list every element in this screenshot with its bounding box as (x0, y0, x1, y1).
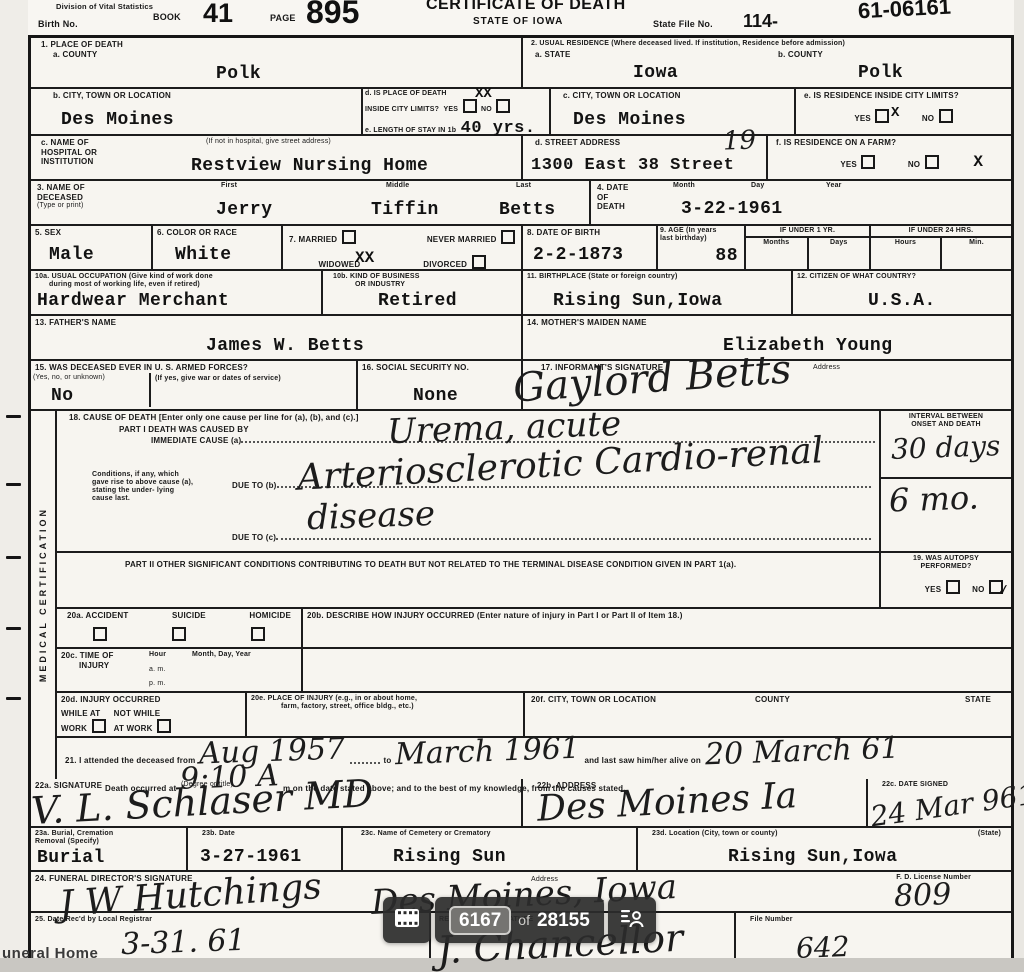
cemetery-label: 23c. Name of Cemetery or Crematory (347, 830, 632, 838)
pager-current-input[interactable]: 6167 (449, 906, 511, 935)
race-value: White (175, 246, 232, 264)
sex-label: 5. SEX (35, 228, 147, 238)
business-label-1: 10b. KIND OF BUSINESS (327, 273, 517, 281)
scan-bottom-edge (0, 958, 1024, 972)
injury-desc-label: 20b. DESCRIBE HOW INJURY OCCURRED (Enter… (307, 611, 1007, 621)
death-day-label: Day (751, 182, 764, 190)
birth-date-label: 8. DATE OF BIRTH (527, 228, 652, 238)
field-place-of-death: 1. PLACE OF DEATH a. COUNTY Polk (31, 38, 523, 87)
field-business: 10b. KIND OF BUSINESS OR INDUSTRY Retire… (323, 271, 523, 314)
injury-pm-label: p. m. (149, 680, 166, 688)
pager-total: 28155 (537, 911, 590, 930)
row-parents: 13. FATHER'S NAME James W. Betts 14. MOT… (31, 316, 1011, 361)
conditions-note: Conditions, if any, which gave rise to a… (92, 471, 197, 503)
field-race: 6. COLOR OR RACE White (153, 226, 283, 269)
book-number: 41 (203, 0, 233, 27)
film-strip-icon (394, 908, 420, 933)
attended-to-label: to (384, 756, 392, 766)
viewer-stage: Division of Vital Statistics Birth No. B… (0, 0, 1024, 972)
occupation-label-2: during most of working life, even if ret… (35, 281, 317, 289)
page-label: PAGE (270, 13, 296, 24)
death-month-label: Month (673, 182, 695, 190)
attended-pre-label: 21. I attended the deceased from (65, 756, 195, 766)
residence-label: 2. USUAL RESIDENCE (Where deceased lived… (527, 40, 1007, 48)
field-armed-forces: 15. WAS DECEASED EVER IN U. S. ARMED FOR… (31, 361, 358, 409)
burial-type-label-2: Removal (Specify) (35, 838, 182, 846)
mother-value: Elizabeth Young (723, 337, 893, 355)
margin-tick (6, 697, 21, 700)
row-attended: 21. I attended the deceased from Aug 195… (57, 738, 1011, 779)
field-cemetery: 23c. Name of Cemetery or Crematory Risin… (343, 828, 638, 870)
father-label: 13. FATHER'S NAME (35, 318, 517, 328)
birthplace-label: 11. BIRTHPLACE (State or foreign country… (527, 273, 787, 281)
farm-yes-label: YES (840, 160, 857, 169)
armed-forces-note-2: (If yes, give war or dates of service) (151, 373, 356, 407)
field-father: 13. FATHER'S NAME James W. Betts (31, 316, 523, 359)
degree-title-label: (Degree or title) (181, 781, 233, 789)
deceased-label-2: DECEASED (37, 193, 85, 203)
suicide-checkbox (172, 627, 186, 641)
deceased-label-3: (Type or print) (37, 202, 85, 210)
burial-date-value: 3-27-1961 (200, 848, 302, 866)
never-married-checkbox (501, 230, 515, 244)
interval-divider (881, 477, 1011, 479)
fd-license-value: 809 (893, 881, 951, 910)
physician-sig-label: 22a. SIGNATURE (35, 781, 102, 791)
row-forces-ssn-informant: 15. WAS DECEASED EVER IN U. S. ARMED FOR… (31, 361, 1011, 411)
field-attended: 21. I attended the deceased from Aug 195… (57, 738, 1011, 779)
autopsy-no-mark: ✓ (997, 582, 1010, 601)
due-to-b-label: DUE TO (b) (232, 481, 277, 491)
ssn-value: None (413, 387, 458, 405)
interval-a-value: 30 days (891, 433, 1001, 462)
residence-limits-no-label: NO (922, 114, 934, 123)
residence-limits-yes-label: YES (854, 114, 871, 123)
widowed-mark: XX (355, 250, 374, 266)
injury-city-label: 20f. CITY, TOWN OR LOCATION (531, 695, 656, 705)
field-birth-date: 8. DATE OF BIRTH 2-2-1873 (523, 226, 658, 269)
field-marital-status: 7. MARRIED NEVER MARRIED WIDOWED XX DIVO… (283, 226, 523, 269)
last-name-value: Betts (499, 201, 556, 219)
injury-am-label: a. m. (149, 666, 166, 674)
field-burial-type: 23a. Burial, Cremation Removal (Specify)… (31, 828, 188, 870)
field-birthplace: 11. BIRTHPLACE (State or foreign country… (523, 271, 793, 314)
place-city-value: Des Moines (61, 111, 174, 129)
cause-b-value-2: disease (307, 499, 436, 534)
autopsy-yes-checkbox (946, 580, 960, 594)
while-at-work-label-2: WORK (61, 724, 87, 733)
limits-yes-label: YES (444, 106, 459, 113)
file-number-label: File Number (750, 916, 793, 924)
injury-state-label: STATE (965, 695, 991, 705)
attended-to-value: March 1961 (395, 735, 581, 768)
row-injury-time: 20c. TIME OF INJURY Hour Month, Day, Yea… (57, 649, 1011, 693)
informant-address-label: Address (813, 364, 840, 372)
state-file-number: 114- (743, 12, 778, 30)
birth-date-value: 2-2-1873 (533, 246, 623, 264)
fd-license-label: F. D. License Number (896, 874, 971, 882)
not-at-work-label-1: NOT WHILE (114, 709, 171, 719)
cause-a-line (241, 441, 875, 443)
residence-city-value: Des Moines (573, 111, 686, 129)
limits-label-2: INSIDE CITY LIMITS? (365, 106, 439, 113)
field-injury-description: 20b. DESCRIBE HOW INJURY OCCURRED (Enter… (303, 609, 1011, 647)
field-residence-limits: e. IS RESIDENCE INSIDE CITY LIMITS? YES … (796, 89, 1011, 134)
field-burial-date: 23b. Date 3-27-1961 (188, 828, 343, 870)
autopsy-no-label: NO (972, 585, 984, 594)
armed-forces-value: No (51, 387, 74, 405)
due-to-c-label: DUE TO (c) (232, 533, 276, 543)
field-death-date: 4. DATE OF DEATH Month Day Year 3-22-196… (591, 181, 1011, 224)
residence-state-value: Iowa (633, 64, 678, 82)
row-name-deathdate: 3. NAME OF DECEASED (Type or print) Firs… (31, 181, 1011, 226)
attended-alive-value: 20 March 61 (705, 735, 900, 769)
injury-time-label-1: 20c. TIME OF (61, 651, 114, 661)
medical-certification-section: MEDICAL CERTIFICATION 18. CAUSE OF DEATH… (31, 411, 1011, 779)
residence-state-label: a. STATE (535, 50, 571, 60)
death-year-label: Year (826, 182, 842, 190)
citizen-value: U.S.A. (868, 292, 936, 310)
county-value: Polk (216, 65, 261, 83)
stay-label: e. LENGTH OF STAY IN 1b (365, 127, 456, 134)
row-occupation: 10a. USUAL OCCUPATION (Give kind of work… (31, 271, 1011, 316)
pager-of-label: of (518, 912, 530, 928)
row-physician: 22a. SIGNATURE (Degree or title) V. L. S… (31, 779, 1011, 828)
field-injury-time: 20c. TIME OF INJURY Hour Month, Day, Yea… (57, 649, 303, 691)
injury-mdy-label: Month, Day, Year (192, 651, 251, 659)
cause-label: 18. CAUSE OF DEATH [Enter only one cause… (61, 413, 875, 423)
street-label: d. STREET ADDRESS (527, 138, 762, 148)
limits-no-checkbox (496, 99, 510, 113)
accident-checkbox (93, 627, 107, 641)
field-street-address: d. STREET ADDRESS 19 1300 East 38 Street (523, 136, 768, 179)
sex-value: Male (49, 246, 94, 264)
field-mother: 14. MOTHER'S MAIDEN NAME Elizabeth Young (523, 316, 1011, 359)
age-value: 88 (715, 247, 738, 265)
viewer-toolbar: 6167 of 28155 (383, 897, 656, 943)
field-occupation: 10a. USUAL OCCUPATION (Give kind of work… (31, 271, 323, 314)
injury-place-label-2: farm, factory, street, office bldg., etc… (251, 703, 519, 711)
business-value: Retired (378, 292, 457, 310)
race-label: 6. COLOR OR RACE (157, 228, 277, 238)
min-label: Min. (942, 238, 1011, 269)
field-injury-type: 20a. ACCIDENT SUICIDE HOMICIDE (57, 609, 303, 647)
middle-name-label: Middle (386, 182, 409, 190)
divorced-label: DIVORCED (423, 260, 467, 269)
row-cause-of-death: 18. CAUSE OF DEATH [Enter only one cause… (57, 411, 1011, 553)
limits-no-label: NO (481, 106, 492, 113)
injury-time-label-2: INJURY (79, 661, 109, 671)
field-interval: INTERVAL BETWEEN ONSET AND DEATH 30 days… (881, 411, 1011, 551)
not-at-work-label-2: AT WORK (114, 724, 153, 733)
residence-limits-yes-mark: X (891, 106, 899, 120)
interval-label-2: ONSET AND DEATH (881, 421, 1011, 429)
cause-c-line (276, 538, 871, 540)
death-date-value: 3-22-1961 (681, 200, 783, 218)
funeral-director-label: 24. FUNERAL DIRECTOR'S SIGNATURE (35, 874, 193, 884)
field-age: 9. AGE (In years last birthday) 88 (658, 226, 746, 269)
row-part2-autopsy: PART II OTHER SIGNIFICANT CONDITIONS CON… (57, 553, 1011, 609)
fd-address-label: Address (531, 876, 558, 884)
hospital-note: (If not in hospital, give street address… (206, 138, 331, 146)
row-hospital-street: c. NAME OF HOSPITAL OR INSTITUTION (If n… (31, 136, 1011, 181)
certificate-title: CERTIFICATE OF DEATH (426, 0, 626, 13)
cause-part1-label: PART I DEATH WAS CAUSED BY (61, 425, 875, 435)
homicide-label: HOMICIDE (249, 611, 291, 621)
injury-place-label-1: 20e. PLACE OF INJURY (e.g., in or about … (251, 695, 519, 703)
part2-label: PART II OTHER SIGNIFICANT CONDITIONS CON… (61, 555, 875, 571)
occupation-label-1: 10a. USUAL OCCUPATION (Give kind of work… (35, 273, 317, 281)
field-injury-place: 20e. PLACE OF INJURY (e.g., in or about … (247, 693, 525, 736)
burial-state-label: (State) (978, 830, 1001, 838)
death-date-label-1: 4. DATE (597, 183, 628, 193)
margin-tick (6, 627, 21, 630)
armed-forces-label: 15. WAS DECEASED EVER IN U. S. ARMED FOR… (31, 361, 356, 373)
field-burial-location: 23d. Location (City, town or county) (St… (638, 828, 1011, 870)
death-date-label-2: OF (597, 193, 628, 203)
farm-label: f. IS RESIDENCE ON A FARM? (772, 138, 1007, 148)
never-married-label: NEVER MARRIED (427, 235, 497, 244)
scan-margin (0, 0, 28, 972)
residence-limits-yes-checkbox (875, 109, 889, 123)
months-label: Months (746, 238, 809, 269)
field-place-city: b. CITY, TOWN OR LOCATION Des Moines (31, 89, 363, 134)
residence-county-label: b. COUNTY (778, 50, 823, 60)
attended-from-value: Aug 1957 (199, 735, 346, 767)
farm-no-label: NO (908, 160, 920, 169)
while-at-work-label-1: WHILE AT (61, 709, 106, 719)
death-date-label-3: DEATH (597, 202, 628, 212)
last-name-label: Last (516, 182, 531, 190)
attended-dots-1 (350, 762, 380, 764)
first-name-value: Jerry (216, 201, 273, 219)
field-injury-work: 20d. INJURY OCCURRED WHILE AT WORK NOT W… (57, 693, 247, 736)
field-usual-residence: 2. USUAL RESIDENCE (Where deceased lived… (523, 38, 1011, 87)
field-deceased-name: 3. NAME OF DECEASED (Type or print) Firs… (31, 181, 591, 224)
row-burial: 23a. Burial, Cremation Removal (Specify)… (31, 828, 1011, 872)
burial-location-value: Rising Sun,Iowa (728, 848, 898, 866)
state-title: STATE OF IOWA (473, 17, 563, 27)
residence-limits-no-checkbox (939, 109, 953, 123)
under-1yr-label: IF UNDER 1 YR. (746, 226, 869, 238)
registrar-date-value: 3-31. 61 (121, 927, 247, 958)
deceased-label-1: 3. NAME OF (37, 183, 85, 193)
filmstrip-button[interactable] (383, 897, 431, 943)
death-certificate: Division of Vital Statistics Birth No. B… (28, 0, 1014, 965)
state-file-label: State File No. (653, 19, 713, 30)
mother-label: 14. MOTHER'S MAIDEN NAME (527, 318, 1007, 328)
field-citizen: 12. CITIZEN OF WHAT COUNTRY? U.S.A. (793, 271, 1011, 314)
hospital-label-3: INSTITUTION (41, 157, 97, 167)
field-place-city-limits: d. IS PLACE OF DEATH INSIDE CITY LIMITS?… (363, 89, 551, 134)
homicide-checkbox (251, 627, 265, 641)
married-checkbox (342, 230, 356, 244)
page-number: 895 (306, 0, 359, 28)
under-24hrs-label: IF UNDER 24 HRS. (871, 226, 1011, 238)
field-injury-location: 20f. CITY, TOWN OR LOCATION COUNTY STATE (525, 693, 1011, 736)
field-under-1yr: IF UNDER 1 YR. Months Days (746, 226, 871, 269)
registrar-date-label: 25. Date Rec'd by Local Registrar (35, 916, 152, 924)
birth-no-label: Birth No. (38, 19, 78, 30)
ssn-label: 16. SOCIAL SECURITY NO. (362, 363, 517, 373)
index-button[interactable] (608, 897, 656, 943)
image-pager: 6167 of 28155 (435, 897, 604, 943)
field-sex: 5. SEX Male (31, 226, 153, 269)
medical-certification-label: MEDICAL CERTIFICATION (38, 507, 48, 682)
burial-type-label-1: 23a. Burial, Cremation (35, 830, 182, 838)
field-residence-farm: f. IS RESIDENCE ON A FARM? YES NO X (768, 136, 1011, 179)
interval-label-1: INTERVAL BETWEEN (881, 411, 1011, 421)
field-under-24hrs: IF UNDER 24 HRS. Hours Min. (871, 226, 1011, 269)
divorced-checkbox (472, 255, 486, 269)
burial-date-label: 23b. Date (192, 830, 337, 838)
margin-tick (6, 483, 21, 486)
field-informant: 17. INFORMANT'S SIGNATURE Address Gaylor… (523, 361, 1011, 409)
row-city-limits: b. CITY, TOWN OR LOCATION Des Moines d. … (31, 89, 1011, 136)
field-part2: PART II OTHER SIGNIFICANT CONDITIONS CON… (57, 553, 881, 607)
father-value: James W. Betts (206, 337, 364, 355)
accident-label: 20a. ACCIDENT (67, 611, 128, 621)
first-name-label: First (221, 182, 237, 190)
row-sex-race-marital: 5. SEX Male 6. COLOR OR RACE White 7. MA… (31, 226, 1011, 271)
place-city-label: b. CITY, TOWN OR LOCATION (35, 91, 357, 101)
field-residence-city: c. CITY, TOWN OR LOCATION Des Moines (551, 89, 796, 134)
attended-alive-label: and last saw him/her alive on (584, 756, 701, 766)
age-label-1: 9. AGE (In years (660, 227, 742, 235)
field-autopsy: 19. WAS AUTOPSY PERFORMED? YES NO ✓ (881, 553, 1011, 607)
funeral-home-stamp: uneral Home (2, 946, 98, 961)
hospital-label-1: c. NAME OF (41, 138, 97, 148)
certificate-number: 61-06161 (857, 0, 951, 22)
autopsy-yes-label: YES (925, 585, 942, 594)
suicide-label: SUICIDE (172, 611, 206, 621)
margin-tick (6, 415, 21, 418)
interval-b-value: 6 mo. (889, 483, 980, 515)
division-label: Division of Vital Statistics (56, 2, 153, 11)
row-place-residence: 1. PLACE OF DEATH a. COUNTY Polk 2. USUA… (31, 38, 1011, 89)
middle-name-value: Tiffin (371, 201, 439, 219)
county-label: a. COUNTY (35, 50, 517, 60)
while-at-work-checkbox (92, 719, 106, 733)
field-hospital: c. NAME OF HOSPITAL OR INSTITUTION (If n… (31, 136, 523, 179)
age-label-2: last birthday) (660, 235, 742, 243)
informant-label: 17. INFORMANT'S SIGNATURE (527, 363, 1007, 373)
birthplace-value: Rising Sun,Iowa (553, 292, 723, 310)
married-label: 7. MARRIED (289, 235, 337, 244)
cemetery-value: Rising Sun (393, 848, 506, 866)
occupation-value: Hardwear Merchant (37, 292, 229, 310)
street-value: 1300 East 38 Street (531, 157, 734, 174)
farm-no-mark: X (973, 154, 983, 170)
not-at-work-checkbox (157, 719, 171, 733)
field-ssn: 16. SOCIAL SECURITY NO. None (358, 361, 523, 409)
burial-location-label: 23d. Location (City, town or county) (652, 830, 778, 838)
autopsy-label-1: 19. WAS AUTOPSY (885, 555, 1007, 563)
field-date-signed: 22c. DATE SIGNED 24 Mar 961 (868, 779, 1011, 826)
row-injury-place: 20d. INJURY OCCURRED WHILE AT WORK NOT W… (57, 693, 1011, 738)
business-label-2: OR INDUSTRY (327, 281, 517, 289)
residence-limits-label: e. IS RESIDENCE INSIDE CITY LIMITS? (800, 91, 1007, 101)
hospital-label-2: HOSPITAL OR (41, 148, 97, 158)
place-of-death-label: 1. PLACE OF DEATH (35, 40, 517, 50)
cause-b-line (277, 486, 871, 488)
row-injury-type: 20a. ACCIDENT SUICIDE HOMICIDE 2 (57, 609, 1011, 649)
residence-county-value: Polk (858, 64, 903, 82)
armed-forces-note-1: (Yes, no, or unknown) (31, 373, 149, 383)
field-cause-of-death: 18. CAUSE OF DEATH [Enter only one cause… (57, 411, 881, 551)
certificate-form: 1. PLACE OF DEATH a. COUNTY Polk 2. USUA… (28, 38, 1014, 969)
field-injury-time-spacer (303, 649, 1011, 691)
book-label: BOOK (153, 12, 181, 23)
certificate-header: Division of Vital Statistics Birth No. B… (28, 0, 1014, 38)
date-signed-label: 22c. DATE SIGNED (882, 781, 948, 789)
index-person-icon (620, 907, 644, 934)
farm-yes-checkbox (861, 155, 875, 169)
field-physician-signature: 22a. SIGNATURE (Degree or title) V. L. S… (31, 779, 523, 826)
burial-type-value: Burial (37, 849, 105, 867)
physician-addr-label: 22b. ADDRESS (537, 781, 596, 791)
farm-no-checkbox (925, 155, 939, 169)
residence-city-label: c. CITY, TOWN OR LOCATION (555, 91, 790, 101)
hours-label: Hours (871, 238, 942, 269)
hospital-value: Restview Nursing Home (191, 157, 428, 175)
injury-hour-label: Hour (149, 651, 166, 659)
autopsy-label-2: PERFORMED? (885, 563, 1007, 571)
medical-certification-strip: MEDICAL CERTIFICATION (31, 411, 57, 779)
field-physician-address: 22b. ADDRESS Des Moines Ia (523, 779, 868, 826)
citizen-label: 12. CITIZEN OF WHAT COUNTRY? (797, 273, 1007, 281)
days-label: Days (809, 238, 870, 269)
immediate-cause-label: IMMEDIATE CAUSE (a) (151, 436, 241, 446)
margin-tick (6, 556, 21, 559)
limits-yes-mark: XX (475, 87, 492, 101)
injury-work-label: 20d. INJURY OCCURRED (61, 695, 241, 705)
injury-county-label: COUNTY (755, 695, 790, 705)
limits-label-1: d. IS PLACE OF DEATH (365, 90, 547, 98)
